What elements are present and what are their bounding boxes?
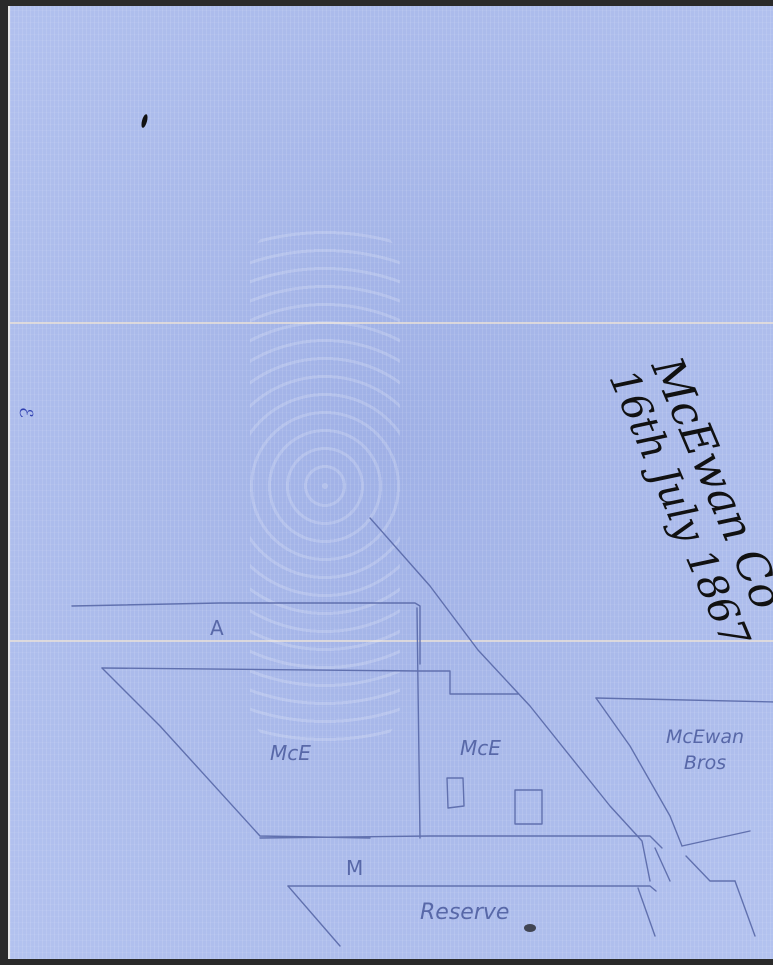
label-mcewan-bros: McEwan Bros [650, 724, 760, 776]
document-page: ℰ McEwan Co 16th July 1867 [8, 6, 773, 959]
label-mce-left: McE [270, 741, 311, 765]
label-lot-a: A [210, 616, 224, 640]
label-road-m: M [346, 856, 363, 880]
label-mce-right: McE [460, 736, 501, 760]
label-reserve: Reserve [420, 900, 509, 925]
ink-smudge [524, 924, 536, 932]
pencil-sketch-plan [10, 6, 773, 959]
